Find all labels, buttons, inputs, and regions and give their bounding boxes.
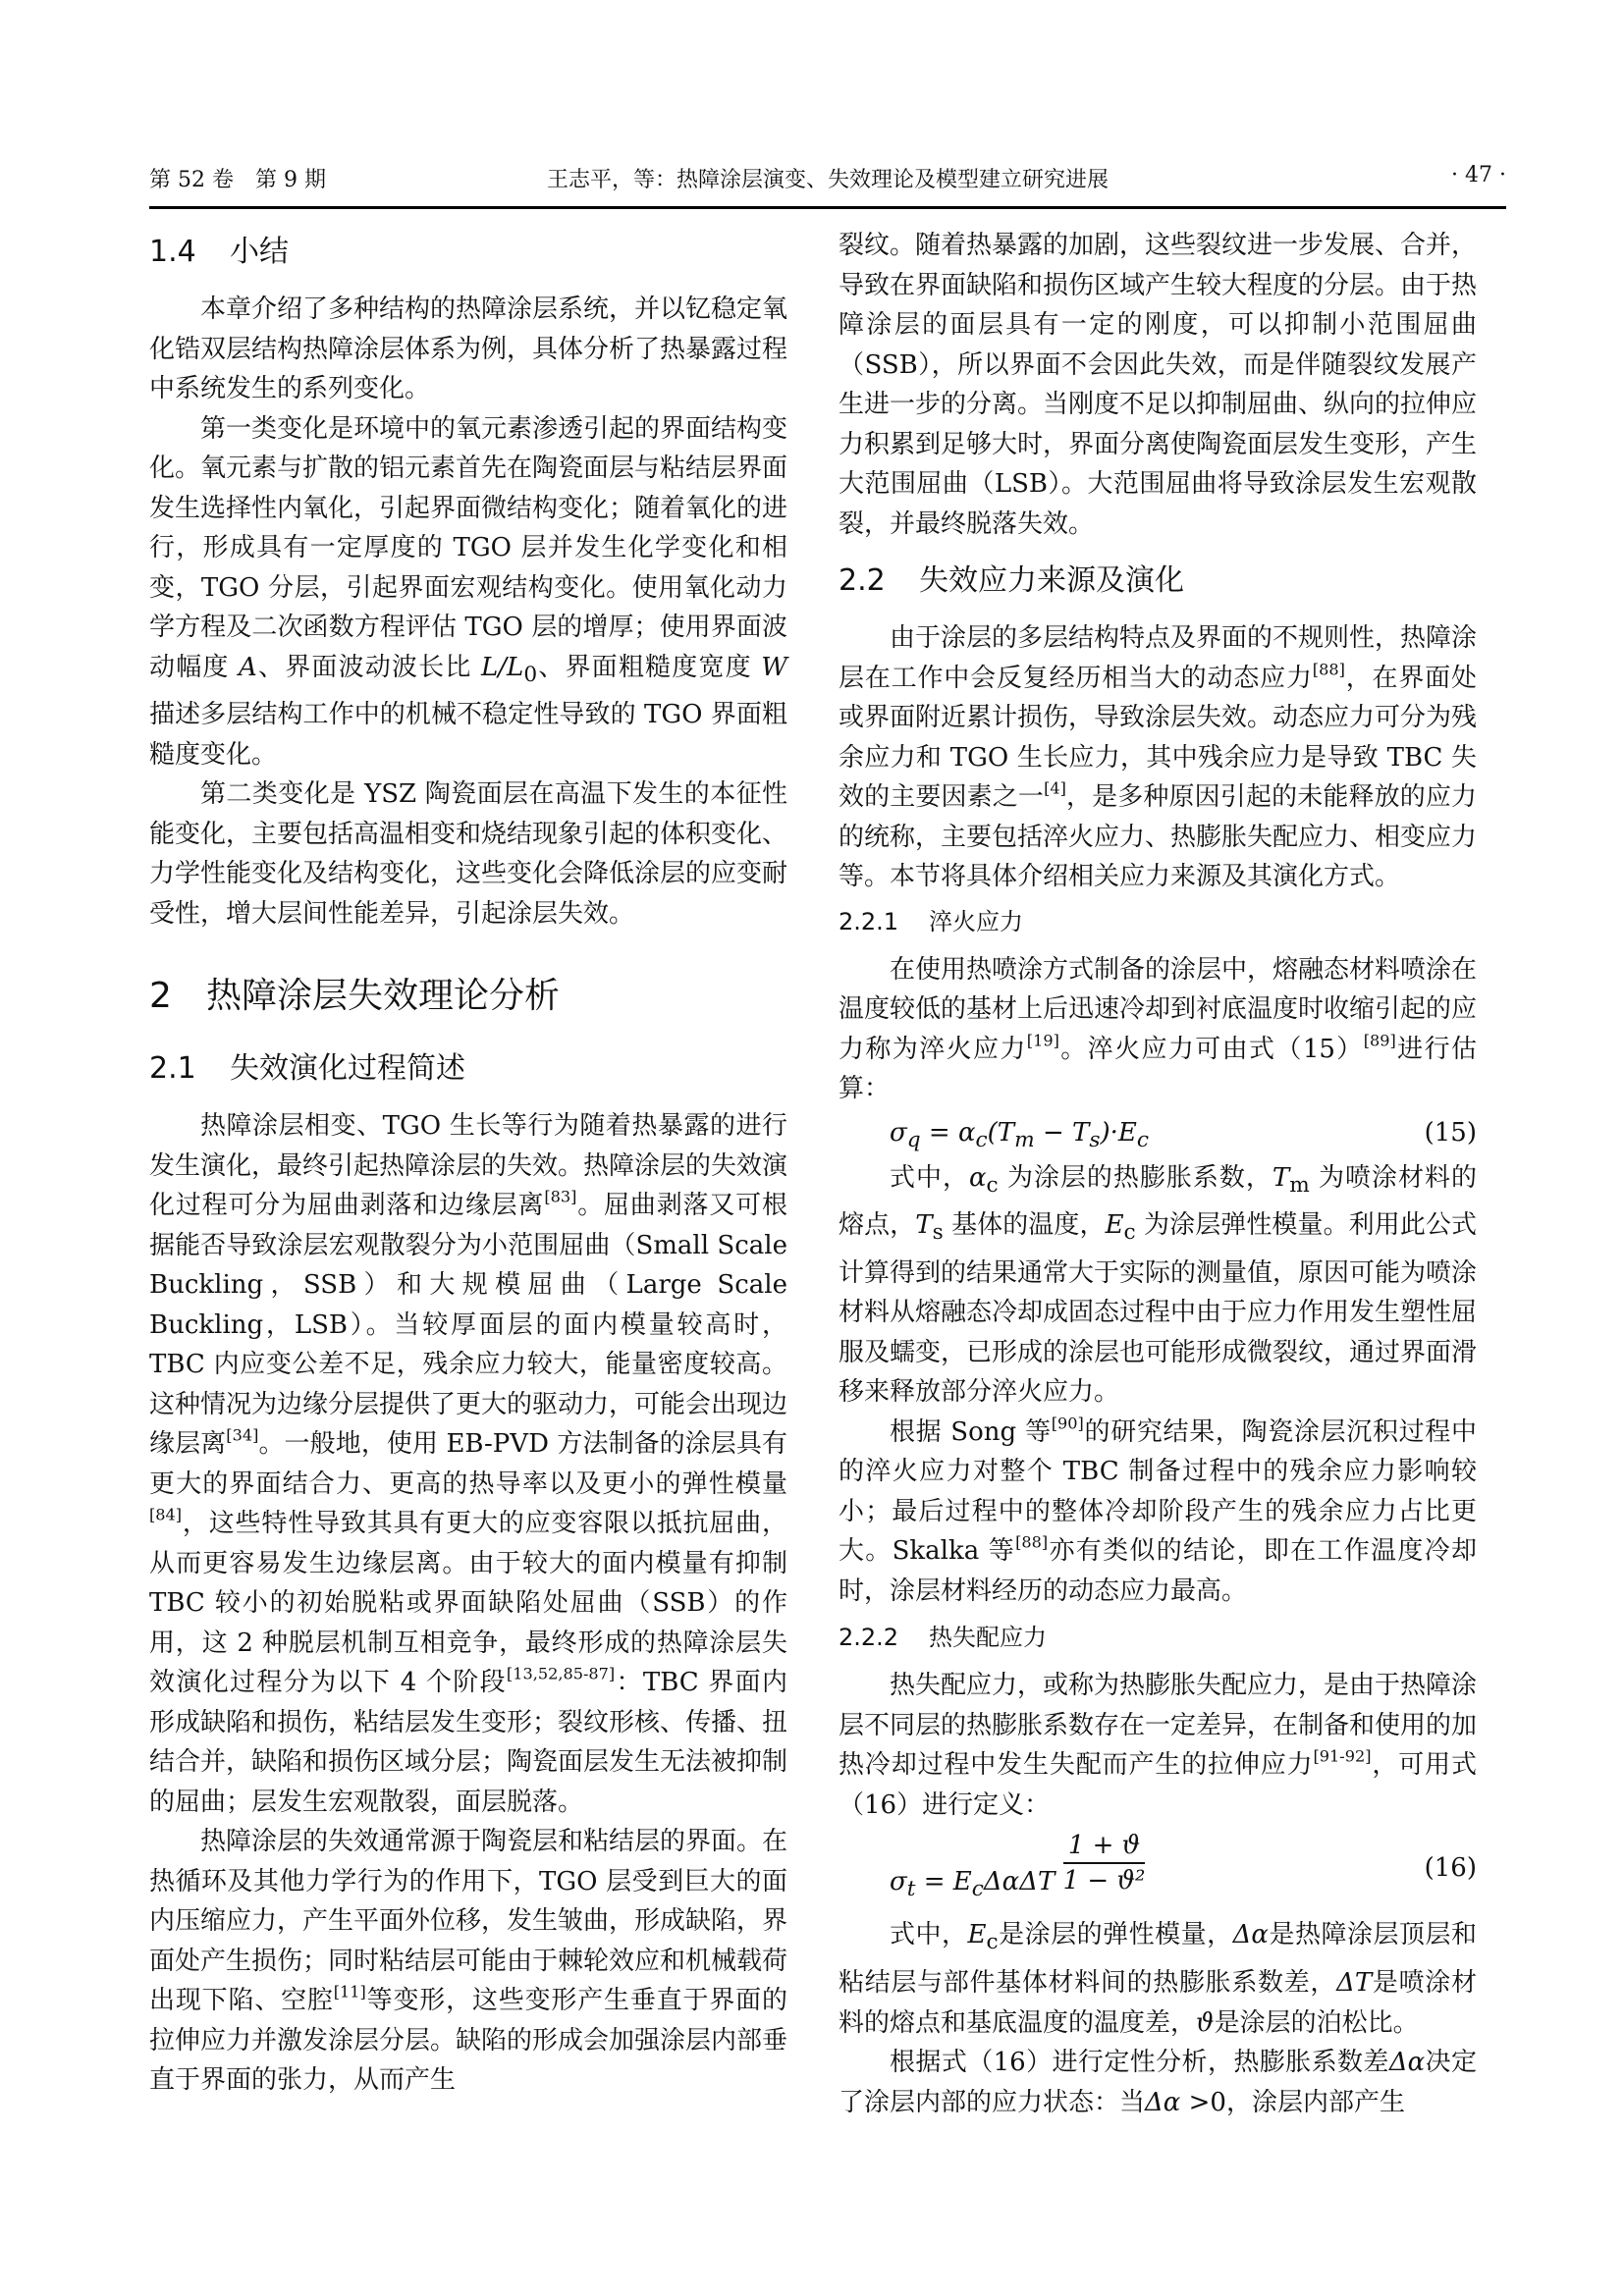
paragraph: 第一类变化是环境中的氧元素渗透引起的界面结构变化。氧元素与扩散的铝元素首先在陶瓷…	[149, 409, 787, 775]
subsection-heading-2-2-2: 2.2.2热失配应力	[839, 1621, 1477, 1654]
paragraph: 热障涂层相变、TGO 生长等行为随着热暴露的进行发生演化，最终引起热障涂层的失效…	[149, 1106, 787, 1822]
subsection-heading-2-2-1: 2.2.1淬火应力	[839, 905, 1477, 938]
section-heading-1-4: 1.4小结	[149, 233, 787, 272]
citation: [11]	[334, 1983, 366, 2002]
paragraph: 热障涂层的失效通常源于陶瓷层和粘结层的界面。在热循环及其他力学行为的作用下，TG…	[149, 1822, 787, 2101]
paragraph: 式中，αc 为涂层的热膨胀系数，Tm 为喷涂材料的熔点，Ts 基体的温度，Ec …	[839, 1158, 1477, 1413]
right-column: 裂纹。随着热暴露的加剧，这些裂纹进一步发展、合并，导致在界面缺陷和损伤区域产生较…	[839, 226, 1477, 2122]
paragraph: 热失配应力，或称为热膨胀失配应力，是由于热障涂层不同层的热膨胀系数存在一定差异，…	[839, 1666, 1477, 1825]
citation: [4]	[1044, 779, 1066, 798]
page-header: 第 52 卷 第 9 期 王志平，等：热障涂层演变、失效理论及模型建立研究进展 …	[149, 157, 1506, 209]
chapter-heading-2: 2热障涂层失效理论分析	[149, 973, 787, 1020]
citation: [88]	[1313, 660, 1345, 678]
citation: [19]	[1027, 1031, 1059, 1049]
running-title: 王志平，等：热障涂层演变、失效理论及模型建立研究进展	[149, 163, 1506, 193]
paragraph: 由于涂层的多层结构特点及界面的不规则性，热障涂层在工作中会反复经历相当大的动态应…	[839, 618, 1477, 897]
paragraph: 根据 Song 等[90]的研究结果，陶瓷涂层沉积过程中的淬火应力对整个 TBC…	[839, 1413, 1477, 1612]
section-heading-2-2: 2.2失效应力来源及演化	[839, 561, 1477, 601]
equation-16: σt = EcΔαΔT 1 + ϑ1 − ϑ² (16)	[839, 1829, 1477, 1911]
citation: [83]	[544, 1188, 576, 1206]
paragraph: 本章介绍了多种结构的热障涂层系统，并以钇稳定氧化锆双层结构热障涂层体系为例，具体…	[149, 290, 787, 409]
paragraph: 根据式（16）进行定性分析，热膨胀系数差Δα决定了涂层内部的应力状态：当Δα >…	[839, 2043, 1477, 2122]
paragraph: 在使用热喷涂方式制备的涂层中，熔融态材料喷涂在温度较低的基材上后迅速冷却到衬底温…	[839, 950, 1477, 1109]
fraction: 1 + ϑ1 − ϑ²	[1063, 1829, 1146, 1897]
citation: [89]	[1364, 1031, 1396, 1049]
paragraph: 裂纹。随着热暴露的加剧，这些裂纹进一步发展、合并，导致在界面缺陷和损伤区域产生较…	[839, 226, 1477, 544]
citation: [84]	[149, 1506, 182, 1524]
citation: [91-92]	[1314, 1747, 1372, 1766]
citation: [34]	[226, 1426, 258, 1445]
citation: [90]	[1052, 1415, 1084, 1433]
paragraph: 第二类变化是 YSZ 陶瓷面层在高温下发生的本征性能变化，主要包括高温相变和烧结…	[149, 774, 787, 934]
equation-number: (16)	[1425, 1848, 1477, 1889]
equation-15: σq = αc(Tm − Ts)·Ec (15)	[839, 1113, 1477, 1154]
section-heading-2-1: 2.1失效演化过程简述	[149, 1049, 787, 1089]
paragraph: 式中，Ec是涂层的弹性模量，Δα是热障涂层顶层和粘结层与部件基体材料间的热膨胀系…	[839, 1915, 1477, 2043]
page-number: · 47 ·	[1451, 163, 1506, 187]
citation: [88]	[1015, 1533, 1048, 1552]
citation: [13,52,85-87]	[507, 1665, 615, 1683]
left-column: 1.4小结 本章介绍了多种结构的热障涂层系统，并以钇稳定氧化锆双层结构热障涂层体…	[149, 221, 787, 2101]
equation-number: (15)	[1425, 1113, 1477, 1153]
